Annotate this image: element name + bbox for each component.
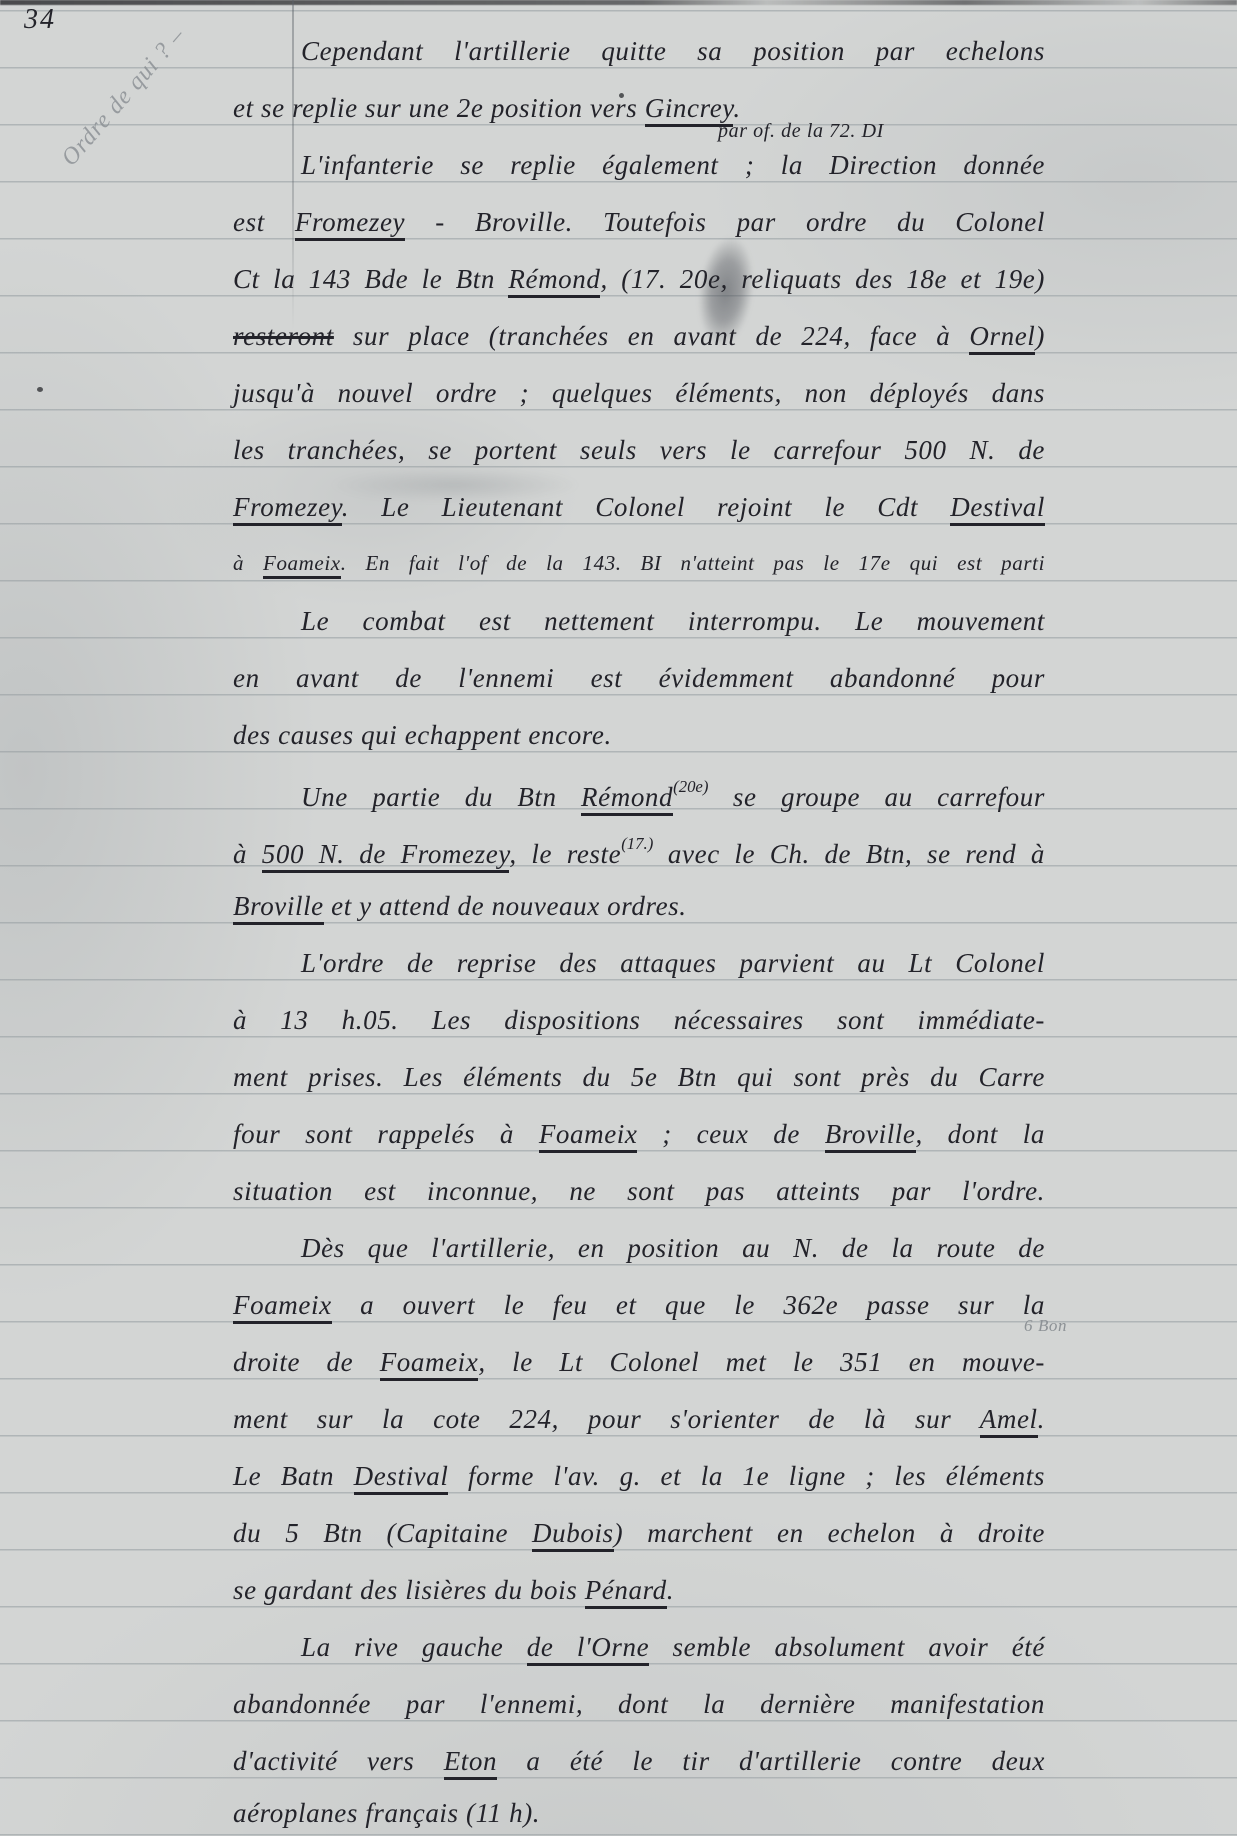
handwritten-line: à 500 N. de Fromezey, le reste(17.) avec… [233, 834, 1045, 874]
text-segment: Le combat est nettement interrompu. Le m… [301, 606, 1045, 636]
text-segment: - Broville. Toutefois par ordre du Colon… [405, 207, 1045, 237]
handwritten-line: La rive gauche de l'Orne semble absolume… [233, 1632, 1045, 1672]
text-segment: abandonnée par l'ennemi, dont la dernièr… [233, 1689, 1045, 1719]
underlined-text: Rémond [508, 264, 600, 298]
handwritten-line: en avant de l'ennemi est évidemment aban… [233, 663, 1045, 703]
text-segment: , dont la [916, 1119, 1046, 1149]
text-segment: Ct la 143 Bde le Btn [233, 264, 508, 294]
handwritten-line: à Foameix. En fait l'of de la 143. BI n'… [233, 551, 1045, 591]
text-segment: avec le Ch. de Btn, se rend à [653, 839, 1045, 869]
struck-text: resteront [233, 321, 334, 351]
text-segment: , (17. 20e, reliquats des 18e et 19e) [600, 264, 1045, 294]
text-segment: La rive gauche [301, 1632, 527, 1662]
superscript-text: (20e) [673, 777, 708, 796]
underlined-text: Broville [825, 1119, 916, 1153]
text-segment: . [733, 93, 740, 123]
text-segment: droite de [233, 1347, 380, 1377]
text-segment: ) marchent en echelon à droite [614, 1518, 1045, 1548]
text-segment: , le Lt Colonel met le 351 en mouve- [478, 1347, 1045, 1377]
manuscript-text: Cependant l'artillerie quitte sa positio… [0, 0, 1237, 1836]
text-segment: se gardant des lisières du bois [233, 1575, 585, 1605]
underlined-text: Foameix [233, 1290, 332, 1324]
text-segment: aéroplanes français (11 h). [233, 1798, 540, 1828]
text-segment: d'activité vers [233, 1746, 444, 1776]
text-segment: Une partie du Btn [301, 782, 581, 812]
handwritten-line: droite de Foameix, le Lt Colonel met le … [233, 1347, 1045, 1387]
text-segment: L'ordre de reprise des attaques parvient… [301, 948, 1045, 978]
text-segment: à [233, 839, 262, 869]
handwritten-line: abandonnée par l'ennemi, dont la dernièr… [233, 1689, 1045, 1729]
underlined-text: Fromezey [295, 207, 405, 241]
text-segment: Cependant l'artillerie quitte sa positio… [301, 36, 1045, 66]
text-segment: ; ceux de [637, 1119, 824, 1149]
text-segment: les tranchées, se portent seuls vers le … [233, 435, 1045, 465]
handwritten-line: Fromezey. Le Lieutenant Colonel rejoint … [233, 492, 1045, 532]
pencil-annotation: 6 Bon [1024, 1316, 1067, 1356]
underlined-text: Dubois [532, 1518, 614, 1552]
handwritten-line: situation est inconnue, ne sont pas atte… [233, 1176, 1045, 1216]
underlined-text: Fromezey [233, 492, 342, 526]
text-segment: Dès que l'artillerie, en position au N. … [301, 1233, 1045, 1263]
handwritten-line: ment sur la cote 224, pour s'orienter de… [233, 1404, 1045, 1444]
text-segment: et y attend de nouveaux ordres. [324, 891, 687, 921]
underlined-text: Foameix [539, 1119, 638, 1153]
underlined-text: Destival [950, 492, 1045, 526]
text-segment: . [1038, 1404, 1045, 1434]
handwritten-line: Le Batn Destival forme l'av. g. et la 1e… [233, 1461, 1045, 1501]
text-segment: ) [1035, 321, 1045, 351]
text-segment: jusqu'à nouvel ordre ; quelques éléments… [233, 378, 1045, 408]
text-segment: Le Batn [233, 1461, 354, 1491]
underlined-text: de l'Orne [527, 1632, 649, 1666]
text-segment: en avant de l'ennemi est évidemment aban… [233, 663, 1045, 693]
superscript-text: (17.) [621, 834, 653, 853]
underlined-text: 500 N. de Fromezey [262, 839, 510, 873]
handwritten-line: jusqu'à nouvel ordre ; quelques éléments… [233, 378, 1045, 418]
text-segment: des causes qui echappent encore. [233, 720, 612, 750]
text-segment: a ouvert le feu et que le 362e passe sur… [332, 1290, 1045, 1320]
handwritten-line: L'infanterie se replie également ; la Di… [233, 150, 1045, 190]
text-segment: L'infanterie se replie également ; la Di… [301, 150, 1045, 180]
text-segment: . [667, 1575, 674, 1605]
text-segment: 6 Bon [1024, 1316, 1067, 1335]
handwritten-line: du 5 Btn (Capitaine Dubois) marchent en … [233, 1518, 1045, 1558]
handwritten-line: à 13 h.05. Les dispositions nécessaires … [233, 1005, 1045, 1045]
handwritten-line: Cependant l'artillerie quitte sa positio… [233, 36, 1045, 76]
handwritten-line: est Fromezey - Broville. Toutefois par o… [233, 207, 1045, 247]
handwritten-line: des causes qui echappent encore. [233, 720, 1045, 760]
underlined-text: Destival [354, 1461, 449, 1495]
handwritten-line: L'ordre de reprise des attaques parvient… [233, 948, 1045, 988]
handwritten-line: Broville et y attend de nouveaux ordres. [233, 891, 1045, 931]
handwritten-line: Le combat est nettement interrompu. Le m… [233, 606, 1045, 646]
handwritten-line: resteront sur place (tranchées en avant … [233, 321, 1045, 361]
text-segment: est [233, 207, 295, 237]
text-segment: du 5 Btn (Capitaine [233, 1518, 532, 1548]
text-segment: a été le tir d'artillerie contre deux [497, 1746, 1045, 1776]
text-segment: sur place (tranchées en avant de 224, fa… [334, 321, 970, 351]
text-segment: ment prises. Les éléments du 5e Btn qui … [233, 1062, 1045, 1092]
text-segment: semble absolument avoir été [649, 1632, 1045, 1662]
handwritten-line: les tranchées, se portent seuls vers le … [233, 435, 1045, 475]
underlined-text: Amel [980, 1404, 1038, 1438]
handwritten-line: aéroplanes français (11 h). [233, 1798, 1045, 1836]
handwritten-line: ment prises. Les éléments du 5e Btn qui … [233, 1062, 1045, 1102]
underlined-text: Rémond [581, 782, 673, 816]
underlined-text: Eton [444, 1746, 497, 1780]
text-segment: et se replie sur une 2e position vers [233, 93, 645, 123]
underlined-text: Foameix [263, 551, 341, 579]
handwritten-line: et se replie sur une 2e position vers Gi… [233, 93, 1045, 133]
text-segment: situation est inconnue, ne sont pas atte… [233, 1176, 1045, 1206]
handwritten-line: Une partie du Btn Rémond(20e) se groupe … [233, 777, 1045, 817]
text-segment: à [233, 551, 263, 575]
handwritten-line: se gardant des lisières du bois Pénard. [233, 1575, 1045, 1615]
text-segment: four sont rappelés à [233, 1119, 539, 1149]
underlined-text: Broville [233, 891, 324, 925]
text-segment: par of. de la 72. DI [718, 120, 884, 142]
underlined-text: Foameix [380, 1347, 479, 1381]
handwritten-line: four sont rappelés à Foameix ; ceux de B… [233, 1119, 1045, 1159]
text-segment: . Le Lieutenant Colonel rejoint le Cdt [342, 492, 950, 522]
handwritten-line: d'activité vers Eton a été le tir d'arti… [233, 1746, 1045, 1786]
handwritten-line: Foameix a ouvert le feu et que le 362e p… [233, 1290, 1045, 1330]
handwritten-line: Ct la 143 Bde le Btn Rémond, (17. 20e, r… [233, 264, 1045, 304]
handwritten-line: Dès que l'artillerie, en position au N. … [233, 1233, 1045, 1273]
text-segment: se groupe au carrefour [708, 782, 1045, 812]
manuscript-page: 34 Ordre de qui ? – Cependant l'artiller… [0, 0, 1237, 1836]
text-segment: forme l'av. g. et la 1e ligne ; les élém… [448, 1461, 1045, 1491]
text-segment: à 13 h.05. Les dispositions nécessaires … [233, 1005, 1045, 1035]
underlined-text: Pénard [585, 1575, 667, 1609]
text-segment: . En fait l'of de la 143. BI n'atteint p… [341, 551, 1045, 575]
text-segment: , le reste [509, 839, 621, 869]
text-segment: ment sur la cote 224, pour s'orienter de… [233, 1404, 980, 1434]
underlined-text: Ornel [969, 321, 1035, 355]
